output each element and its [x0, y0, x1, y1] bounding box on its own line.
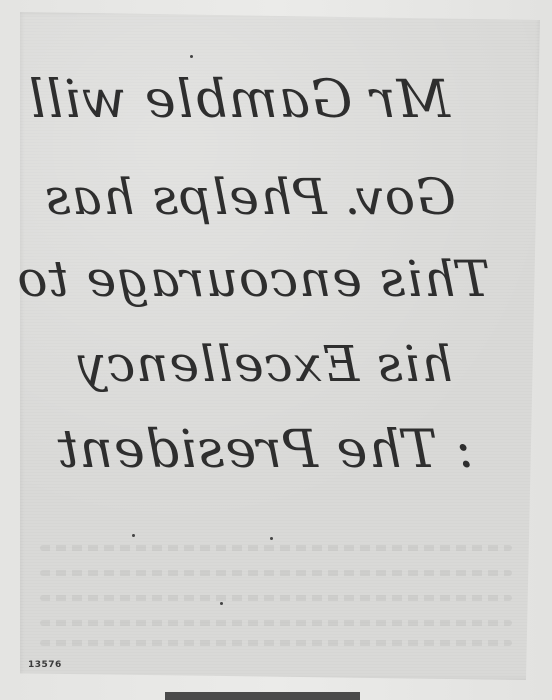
archive-stamp-number: 13576	[28, 660, 62, 670]
handwritten-line-1: Mr Gamble will	[70, 70, 450, 130]
ink-speck	[132, 534, 135, 537]
bleed-through-line	[40, 595, 512, 601]
handwritten-line-3: This encourage to	[90, 250, 490, 308]
bleed-through-line	[40, 640, 512, 646]
handwritten-line-4: his Excellency	[60, 335, 470, 393]
ink-speck	[270, 537, 273, 540]
ink-speck	[190, 55, 193, 58]
scan-frame: Mr Gamble will Gov. Phelps has This enco…	[0, 0, 552, 700]
bleed-through-line	[40, 545, 512, 551]
scan-bottom-bar	[165, 692, 360, 700]
bleed-through-line	[40, 620, 512, 626]
bleed-through-line	[40, 570, 512, 576]
handwritten-line-5: : The President	[40, 420, 490, 480]
handwritten-line-2: Gov. Phelps has	[30, 168, 470, 226]
ink-speck	[220, 602, 223, 605]
